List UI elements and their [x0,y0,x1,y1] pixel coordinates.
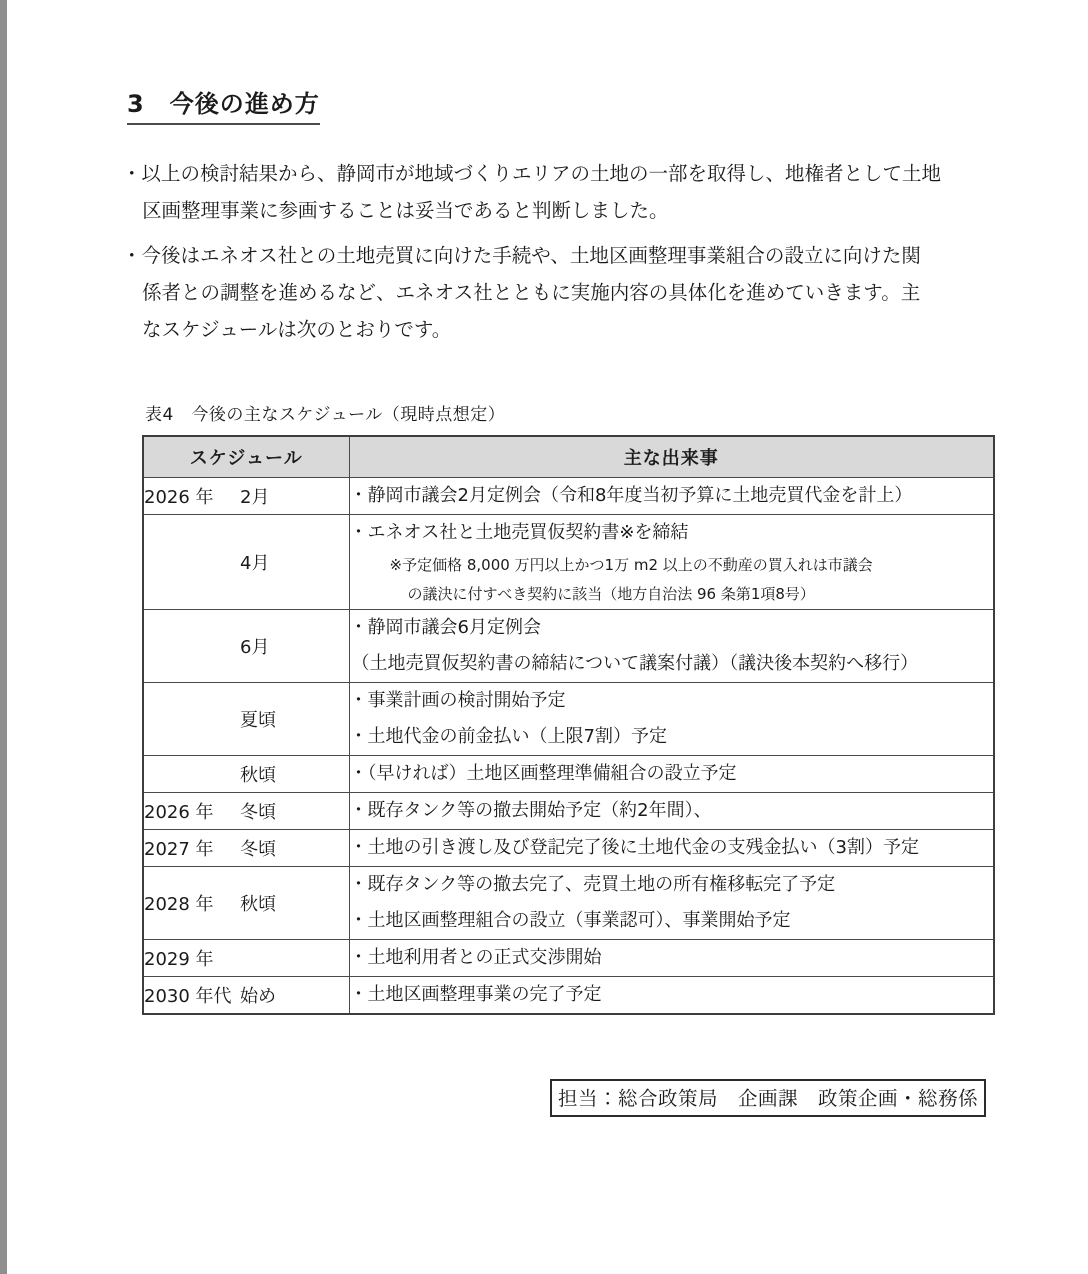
header-main-events: 主な出来事 [349,436,994,478]
schedule-year: 2026 年 [144,798,240,824]
events-cell: ・静岡市議会2月定例会（令和8年度当初予算に土地売買代金を計上） [349,478,994,515]
schedule-cell: 秋頃 [143,756,349,793]
table-row: 2029 年・土地利用者との正式交渉開始 [143,940,994,977]
document-content: 3 今後の進め方 ・以上の検討結果から、静岡市が地域づくりエリアの土地の一部を取… [0,0,1022,1117]
event-line: ・土地区画整理組合の設立（事業認可）、事業開始予定 [350,903,994,939]
schedule-cell: 夏頃 [143,683,349,756]
table-row: 夏頃・事業計画の検討開始予定・土地代金の前金払い（上限7割）予定 [143,683,994,756]
contact-box: 担当：総合政策局 企画課 政策企画・総務係 [550,1079,986,1117]
table-row: 2030 年代始め・土地区画整理事業の完了予定 [143,977,994,1015]
table-row: 2027 年冬頃・土地の引き渡し及び登記完了後に土地代金の支残金払い（3割）予定 [143,830,994,867]
table-caption: 表4 今後の主なスケジュール（現時点想定） [145,400,1022,425]
schedule-year: 2028 年 [144,890,240,916]
table-row: 2026 年冬頃・既存タンク等の撤去開始予定（約2年間）、 [143,793,994,830]
schedule-period: 秋頃 [240,894,276,915]
table-header-row: スケジュール 主な出来事 [143,436,994,478]
schedule-period: 冬頃 [240,839,276,860]
schedule-year: 2026 年 [144,483,240,509]
schedule-period: 6月 [240,637,269,658]
event-line: ・土地区画整理事業の完了予定 [350,977,994,1013]
event-line: ・事業計画の検討開始予定 [350,683,994,719]
table-row: 秋頃・（早ければ）土地区画整理準備組合の設立予定 [143,756,994,793]
page-left-edge [0,0,7,1274]
events-cell: ・静岡市議会6月定例会（土地売買仮契約書の締結について議案付議）（議決後本契約へ… [349,610,994,683]
events-cell: ・（早ければ）土地区画整理準備組合の設立予定 [349,756,994,793]
events-cell: ・事業計画の検討開始予定・土地代金の前金払い（上限7割）予定 [349,683,994,756]
schedule-cell: 6月 [143,610,349,683]
table-row: 4月・エネオス社と土地売買仮契約書※を締結※予定価格 8,000 万円以上かつ1… [143,515,994,610]
schedule-period: 冬頃 [240,802,276,823]
intro-paragraphs: ・以上の検討結果から、静岡市が地域づくりエリアの土地の一部を取得し、地権者として… [122,155,1022,348]
events-cell: ・土地の引き渡し及び登記完了後に土地代金の支残金払い（3割）予定 [349,830,994,867]
schedule-table-body: 2026 年2月・静岡市議会2月定例会（令和8年度当初予算に土地売買代金を計上）… [143,478,994,1015]
paragraph-line: ・以上の検討結果から、静岡市が地域づくりエリアの土地の一部を取得し、地権者として… [122,155,1022,192]
paragraph-line: 係者との調整を進めるなど、エネオス社とともに実施内容の具体化を進めていきます。主 [122,274,1022,311]
section-title: 3 今後の進め方 [127,84,320,125]
event-line: ・静岡市議会6月定例会 [350,610,994,646]
table-row: 2026 年2月・静岡市議会2月定例会（令和8年度当初予算に土地売買代金を計上） [143,478,994,515]
schedule-cell: 2026 年2月 [143,478,349,515]
table-row: 2028 年秋頃・既存タンク等の撤去完了、売買土地の所有権移転完了予定・土地区画… [143,867,994,940]
paragraph-line: 区画整理事業に参画することは妥当であると判断しました。 [122,192,1022,229]
events-cell: ・土地利用者との正式交渉開始 [349,940,994,977]
event-line: ・土地利用者との正式交渉開始 [350,940,994,976]
event-line: ・土地の引き渡し及び登記完了後に土地代金の支残金払い（3割）予定 [350,830,994,866]
events-cell: ・土地区画整理事業の完了予定 [349,977,994,1015]
schedule-period: 秋頃 [240,765,276,786]
schedule-year: 2030 年代 [144,982,240,1008]
schedule-cell: 4月 [143,515,349,610]
schedule-period: 始め [240,986,276,1007]
schedule-year: 2027 年 [144,835,240,861]
events-cell: ・既存タンク等の撤去開始予定（約2年間）、 [349,793,994,830]
schedule-cell: 2028 年秋頃 [143,867,349,940]
schedule-cell: 2026 年冬頃 [143,793,349,830]
schedule-period: 2月 [240,487,269,508]
schedule-period: 夏頃 [240,710,276,731]
paragraph-line: ・今後はエネオス社との土地売買に向けた手続や、土地区画整理事業組合の設立に向けた… [122,237,1022,274]
table-row: 6月・静岡市議会6月定例会（土地売買仮契約書の締結について議案付議）（議決後本契… [143,610,994,683]
header-schedule: スケジュール [143,436,349,478]
schedule-cell: 2029 年 [143,940,349,977]
event-line: ・既存タンク等の撤去開始予定（約2年間）、 [350,793,994,829]
event-line: ・エネオス社と土地売買仮契約書※を締結 [350,515,994,551]
schedule-cell: 2027 年冬頃 [143,830,349,867]
schedule-cell: 2030 年代始め [143,977,349,1015]
event-line: （土地売買仮契約書の締結について議案付議）（議決後本契約へ移行） [350,646,994,682]
event-line: の議決に付すべき契約に該当（地方自治法 96 条第1項8号） [350,580,994,609]
schedule-period: 4月 [240,553,269,574]
event-line: ・土地代金の前金払い（上限7割）予定 [350,719,994,755]
event-line: ・既存タンク等の撤去完了、売買土地の所有権移転完了予定 [350,867,994,903]
event-line: ・静岡市議会2月定例会（令和8年度当初予算に土地売買代金を計上） [350,478,994,514]
paragraph: ・今後はエネオス社との土地売買に向けた手続や、土地区画整理事業組合の設立に向けた… [122,237,1022,348]
schedule-table: スケジュール 主な出来事 2026 年2月・静岡市議会2月定例会（令和8年度当初… [142,435,995,1015]
paragraph-line: なスケジュールは次のとおりです。 [122,311,1022,348]
paragraph: ・以上の検討結果から、静岡市が地域づくりエリアの土地の一部を取得し、地権者として… [122,155,1022,229]
event-line: ※予定価格 8,000 万円以上かつ1万 m2 以上の不動産の買入れは市議会 [350,551,994,580]
event-line: ・（早ければ）土地区画整理準備組合の設立予定 [350,756,994,792]
events-cell: ・エネオス社と土地売買仮契約書※を締結※予定価格 8,000 万円以上かつ1万 … [349,515,994,610]
events-cell: ・既存タンク等の撤去完了、売買土地の所有権移転完了予定・土地区画整理組合の設立（… [349,867,994,940]
schedule-year: 2029 年 [144,945,240,971]
